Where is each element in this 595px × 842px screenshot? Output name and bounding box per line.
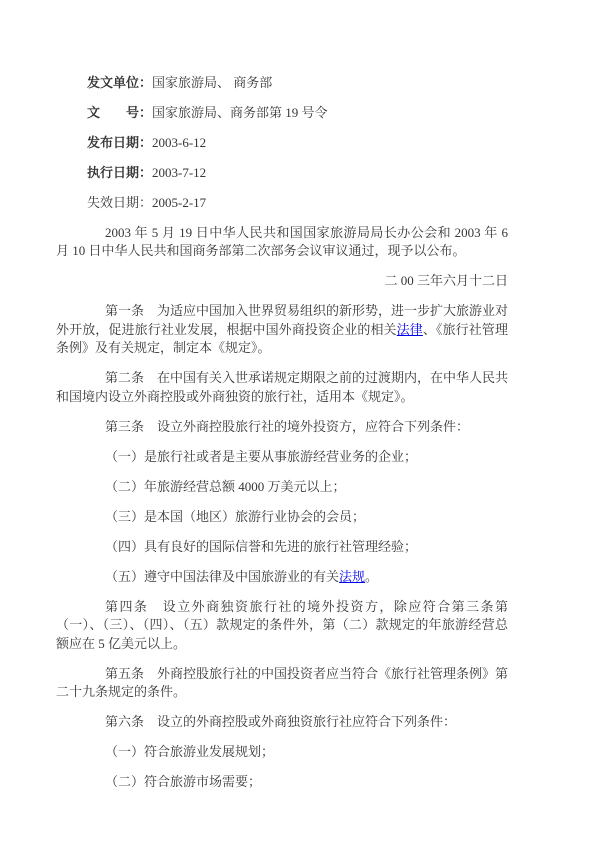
doc-body: 2003 年 5 月 19 日中华人民共和国国家旅游局局长办公会和 2003 年…: [56, 224, 508, 792]
article-4: 第四条 设立外商独资旅行社的境外投资方，除应符合第三条第（一）、（三）、（四）、…: [56, 598, 508, 654]
article-6: 第六条 设立的外商控股或外商独资旅行社应符合下列条件：: [56, 713, 508, 732]
article-2: 第二条 在中国有关入世承诺规定期限之前的过渡期内，在中华人民共和国境内设立外商控…: [56, 369, 508, 406]
meta-doc-number: 文 号：国家旅游局、商务部第 19 号令: [87, 104, 508, 123]
article-3-clause-4: （四）具有良好的国际信誉和先进的旅行社管理经验；: [56, 538, 508, 557]
meta-expiry-date: 失效日期：2005-2-17: [87, 194, 508, 213]
meta-publish-date-value: 2003-6-12: [152, 135, 206, 150]
meta-effective-date-value: 2003-7-12: [152, 165, 206, 180]
paragraph-promulgation: 2003 年 5 月 19 日中华人民共和国国家旅游局局长办公会和 2003 年…: [56, 224, 508, 261]
meta-doc-number-label: 文 号：: [87, 105, 152, 120]
meta-issuing-unit: 发文单位：国家旅游局、 商务部: [87, 74, 508, 93]
regulations-link[interactable]: 法规: [339, 569, 365, 584]
meta-expiry-date-value: 2005-2-17: [152, 195, 206, 210]
article-3: 第三条 设立外商控股旅行社的境外投资方，应符合下列条件：: [56, 418, 508, 437]
article-5: 第五条 外商控股旅行社的中国投资者应当符合《旅行社管理条例》第二十九条规定的条件…: [56, 665, 508, 702]
meta-publish-date: 发布日期：2003-6-12: [87, 134, 508, 153]
article-3-clause-2: （二）年旅游经营总额 4000 万美元以上；: [56, 478, 508, 497]
article-3-clause-1: （一）是旅行社或者是主要从事旅游经营业务的企业；: [56, 448, 508, 467]
article-1: 第一条 为适应中国加入世界贸易组织的新形势，进一步扩大旅游业对外开放，促进旅行社…: [56, 302, 508, 358]
meta-publish-date-label: 发布日期：: [87, 135, 152, 150]
article-3-clause-5-text-before: （五）遵守中国法律及中国旅游业的有关: [105, 569, 339, 584]
article-3-clause-3: （三）是本国（地区）旅游行业协会的会员；: [56, 508, 508, 527]
document-page: 发文单位：国家旅游局、 商务部 文 号：国家旅游局、商务部第 19 号令 发布日…: [0, 0, 595, 842]
meta-doc-number-value: 国家旅游局、商务部第 19 号令: [152, 105, 328, 120]
promulgation-date: 二 00 三年六月十二日: [56, 272, 508, 291]
meta-effective-date-label: 执行日期：: [87, 165, 152, 180]
law-link[interactable]: 法律: [397, 322, 423, 337]
meta-effective-date: 执行日期：2003-7-12: [87, 164, 508, 183]
article-3-clause-5-text-after: 。: [365, 569, 378, 584]
meta-issuing-unit-label: 发文单位：: [87, 75, 152, 90]
meta-expiry-date-label: 失效日期：: [87, 195, 152, 210]
article-3-clause-5: （五）遵守中国法律及中国旅游业的有关法规。: [56, 568, 508, 587]
meta-issuing-unit-value: 国家旅游局、 商务部: [152, 75, 272, 90]
article-6-clause-1: （一）符合旅游业发展规划；: [56, 743, 508, 762]
article-6-clause-2: （二）符合旅游市场需要；: [56, 773, 508, 792]
doc-meta: 发文单位：国家旅游局、 商务部 文 号：国家旅游局、商务部第 19 号令 发布日…: [87, 74, 508, 213]
